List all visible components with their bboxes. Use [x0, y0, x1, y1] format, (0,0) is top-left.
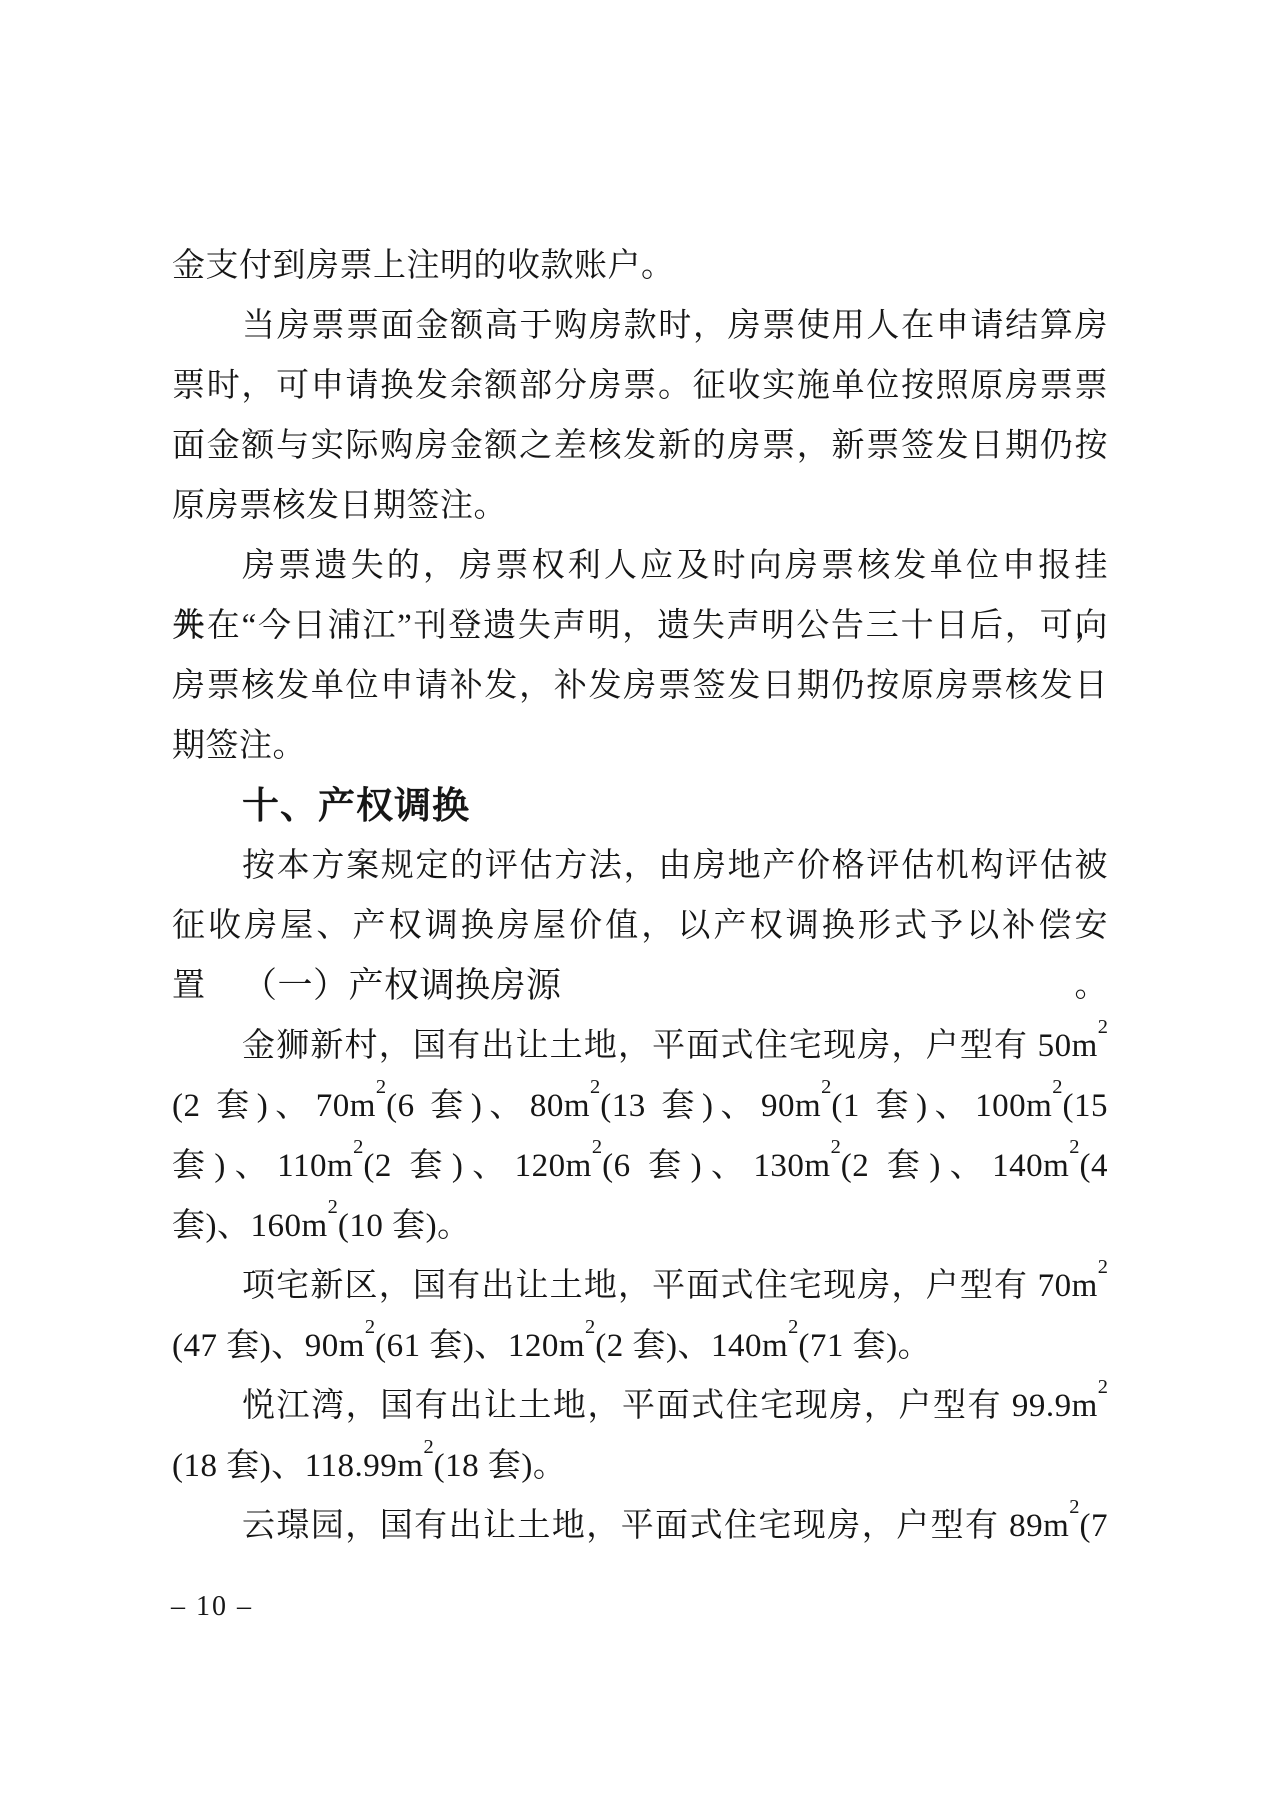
doc-line: 金狮新村，国有出让土地，平面式住宅现房，户型有 50m2 — [172, 1016, 1108, 1076]
doc-line: (2 套)、70m2(6 套)、80m2(13 套)、90m2(1 套)、100… — [172, 1076, 1108, 1136]
doc-line: 并在“今日浦江”刊登遗失声明，遗失声明公告三十日后，可向 — [172, 596, 1108, 656]
doc-line: 项宅新区，国有出让土地，平面式住宅现房，户型有 70m2 — [172, 1256, 1108, 1316]
doc-line: 套)、160m2(10 套)。 — [172, 1196, 1108, 1256]
doc-line: 悦江湾，国有出让土地，平面式住宅现房，户型有 99.9m2 — [172, 1376, 1108, 1436]
doc-line: 按本方案规定的评估方法，由房地产价格评估机构评估被 — [172, 836, 1108, 896]
page-number: – 10 – — [171, 1590, 253, 1624]
doc-line: 云璟园，国有出让土地，平面式住宅现房，户型有 89m2(7 — [172, 1496, 1108, 1556]
document-body: 金支付到房票上注明的收款账户。 当房票票面金额高于购房款时，房票使用人在申请结算… — [172, 236, 1108, 1556]
doc-line: 套)、110m2(2 套)、120m2(6 套)、130m2(2 套)、140m… — [172, 1136, 1108, 1196]
doc-line: 征收房屋、产权调换房屋价值，以产权调换形式予以补偿安置。 — [172, 896, 1108, 956]
section-heading: 十、产权调换 — [172, 776, 1108, 836]
doc-line: 房票核发单位申请补发，补发房票签发日期仍按原房票核发日 — [172, 656, 1108, 716]
doc-line: (47 套)、90m2(61 套)、120m2(2 套)、140m2(71 套)… — [172, 1316, 1108, 1376]
doc-line: 面金额与实际购房金额之差核发新的房票，新票签发日期仍按 — [172, 416, 1108, 476]
doc-line: (18 套)、118.99m2(18 套)。 — [172, 1436, 1108, 1496]
doc-line: 票时，可申请换发余额部分房票。征收实施单位按照原房票票 — [172, 356, 1108, 416]
doc-line: 期签注。 — [172, 716, 1108, 776]
doc-line: 原房票核发日期签注。 — [172, 476, 1108, 536]
doc-line: 金支付到房票上注明的收款账户。 — [172, 236, 1108, 296]
doc-line: 当房票票面金额高于购房款时，房票使用人在申请结算房 — [172, 296, 1108, 356]
document-page: 金支付到房票上注明的收款账户。 当房票票面金额高于购房款时，房票使用人在申请结算… — [0, 0, 1280, 1810]
doc-line: 房票遗失的，房票权利人应及时向房票核发单位申报挂失， — [172, 536, 1108, 596]
